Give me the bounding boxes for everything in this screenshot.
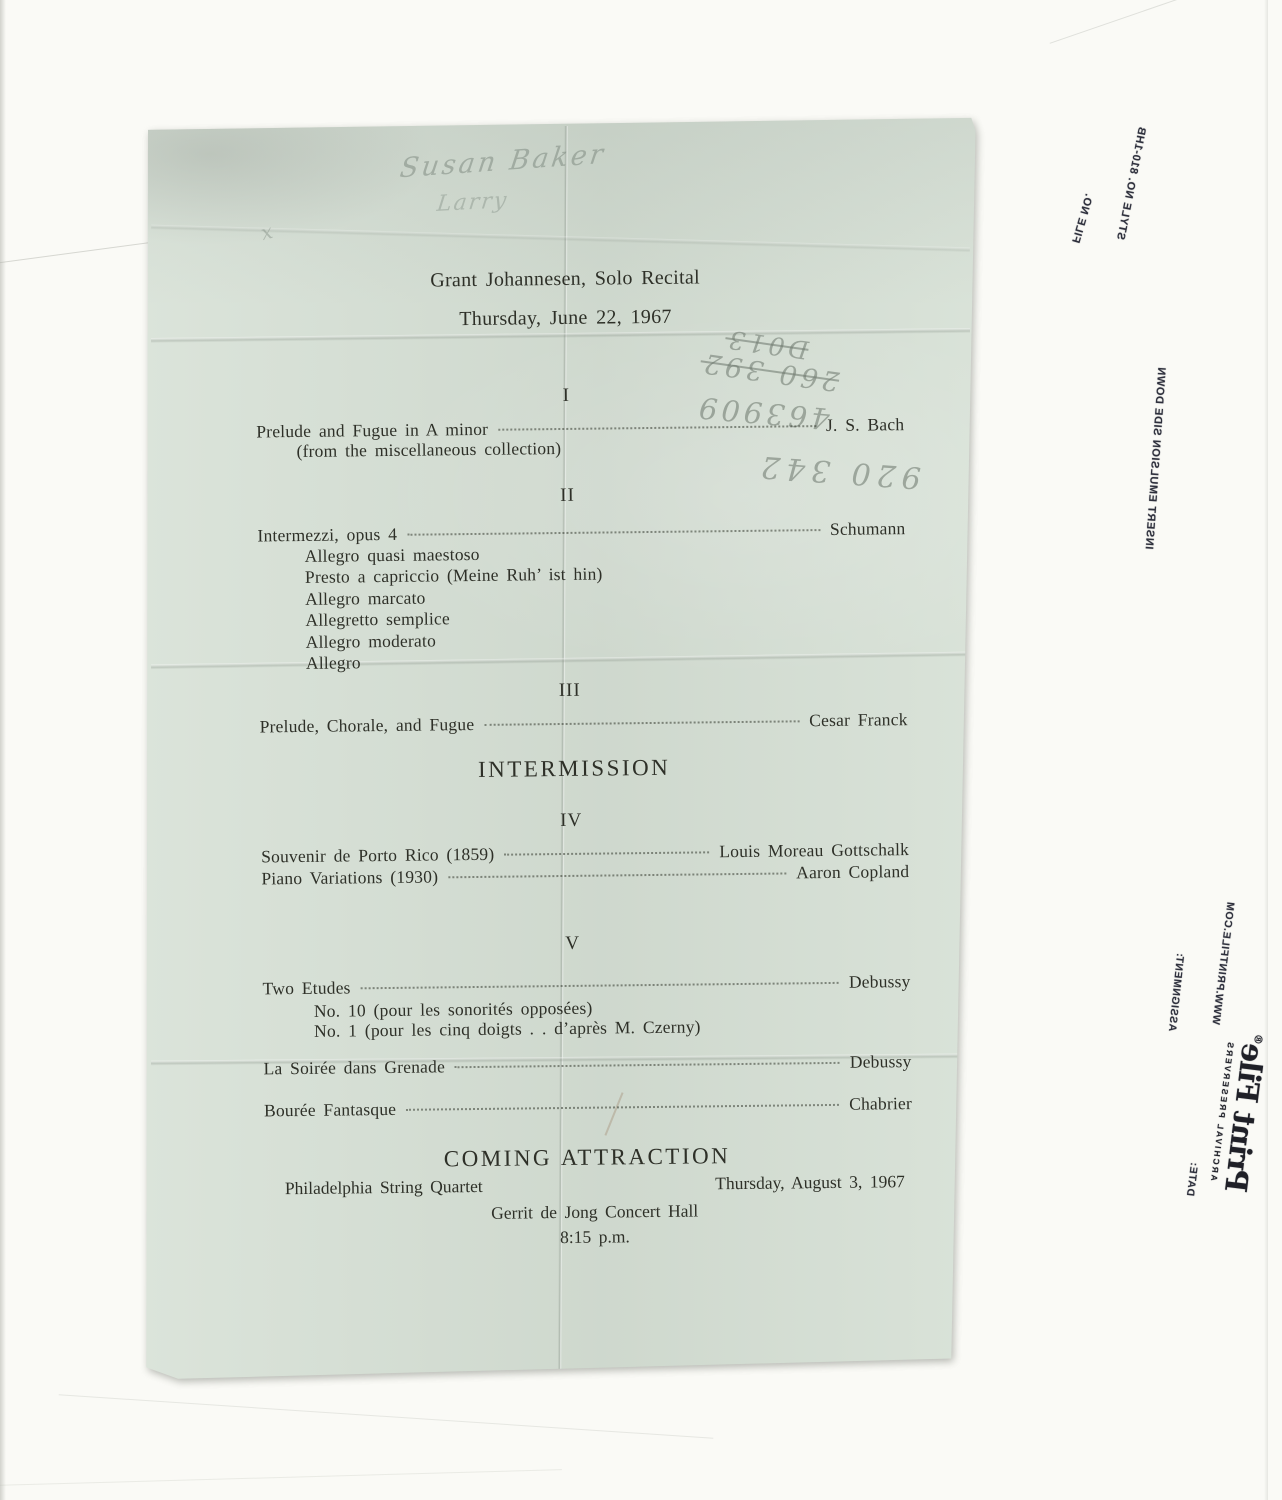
sheet-edge-line [1050, 0, 1183, 44]
dotted-leader [448, 872, 786, 878]
sleeve-emulsion-note: INSERT EMULSION SIDE DOWN [1142, 353, 1169, 563]
section-numeral-4: IV [144, 805, 979, 836]
scan-left-shadow [0, 0, 6, 1500]
movement-line: Allegro [306, 652, 361, 674]
movement-line: Presto a capriccio (Meine Ruh’ ist hin) [305, 564, 603, 588]
dotted-leader [498, 425, 816, 431]
coming-attraction-time: 8:15 p.m. [148, 1222, 983, 1252]
section-numeral-3: III [142, 675, 977, 706]
piece-title: Two Etudes [263, 977, 351, 999]
sleeve-date-label: DATE: [1183, 1154, 1201, 1203]
dotted-leader [361, 982, 839, 989]
dotted-leader [407, 529, 820, 536]
composer-name: Chabrier [849, 1093, 912, 1115]
scanned-concert-program-in-archival-sleeve: STYLE NO. 810-1HB FILE NO. INSERT EMULSI… [0, 0, 1282, 1500]
section-numeral-5: V [145, 928, 980, 959]
intermission-heading: INTERMISSION [143, 751, 978, 786]
piece-row: La Soirée dans Grenade Debussy [263, 1051, 911, 1079]
piece-row: Prelude and Fugue in A minor J. S. Bach [256, 414, 904, 442]
composer-name: Cesar Franck [809, 709, 908, 731]
movement-line: Allegro marcato [305, 588, 426, 610]
sheet-edge-line [0, 1469, 562, 1486]
coming-attraction-performer: Philadelphia String Quartet [285, 1176, 483, 1199]
registered-mark-icon: ® [1251, 1034, 1265, 1046]
program-title: Grant Johannesen, Solo Recital [137, 263, 972, 295]
piece-title: Intermezzi, opus 4 [257, 524, 397, 547]
dotted-leader [406, 1104, 839, 1111]
piece-title: Prelude, Chorale, and Fugue [260, 714, 475, 737]
sleeve-website: WWW.PRINTFILE.COM [1207, 883, 1238, 1043]
sleeve-assignment-label: ASSIGNMENT: [1165, 946, 1187, 1039]
composer-name: Schumann [830, 518, 906, 540]
section-numeral-1: I [139, 380, 974, 411]
program-date: Thursday, June 22, 1967 [138, 302, 973, 334]
piece-title: Piano Variations (1930) [261, 866, 438, 889]
program-content: Grant Johannesen, Solo Recital Thursday,… [136, 111, 985, 1384]
sheet-edge-line [59, 1394, 714, 1438]
movement-line: Allegro moderato [306, 630, 437, 652]
sleeve-style-number: STYLE NO. 810-1HB [1113, 118, 1150, 248]
printfile-logo: Print File® ARCHIVAL PRESERVERS [1208, 1031, 1268, 1195]
sleeve-file-no-label: FILE NO. [1067, 185, 1097, 252]
section-numeral-2: II [140, 480, 975, 511]
coming-attraction-row: Philadelphia String Quartet Thursday, Au… [285, 1171, 905, 1199]
program-paper: Susan Baker Larry x D013 260 392 463909 … [143, 116, 978, 1380]
piece-row: Intermezzi, opus 4 Schumann [257, 518, 905, 546]
etude-line: No. 1 (pour les cinq doigts . . d’après … [314, 1016, 701, 1041]
movement-line: Allegretto semplice [305, 608, 450, 631]
piece-row: Prelude, Chorale, and Fugue Cesar Franck [260, 709, 908, 737]
piece-note: (from the miscellaneous collection) [296, 438, 561, 462]
piece-title: Bourée Fantasque [264, 1099, 396, 1121]
composer-name: Aaron Copland [796, 861, 909, 883]
composer-name: Debussy [850, 1051, 912, 1073]
movement-line: Allegro quasi maestoso [305, 544, 480, 567]
composer-name: Debussy [849, 971, 911, 993]
coming-attraction-date: Thursday, August 3, 1967 [715, 1171, 905, 1194]
piece-title: Souvenir de Porto Rico (1859) [261, 844, 494, 868]
dotted-leader [504, 851, 709, 855]
program-paper-surface: Susan Baker Larry x D013 260 392 463909 … [143, 116, 978, 1380]
scan-right-shadow [1264, 0, 1268, 1500]
composer-name: Louis Moreau Gottschalk [719, 839, 909, 862]
dotted-leader [455, 1062, 840, 1068]
piece-row: Two Etudes Debussy [263, 971, 911, 999]
composer-name: J. S. Bach [826, 414, 905, 436]
coming-attraction-heading: COMING ATTRACTION [147, 1140, 982, 1175]
piece-row: Bourée Fantasque Chabrier [264, 1093, 912, 1121]
dotted-leader [484, 720, 799, 726]
piece-title: La Soirée dans Grenade [263, 1056, 445, 1079]
